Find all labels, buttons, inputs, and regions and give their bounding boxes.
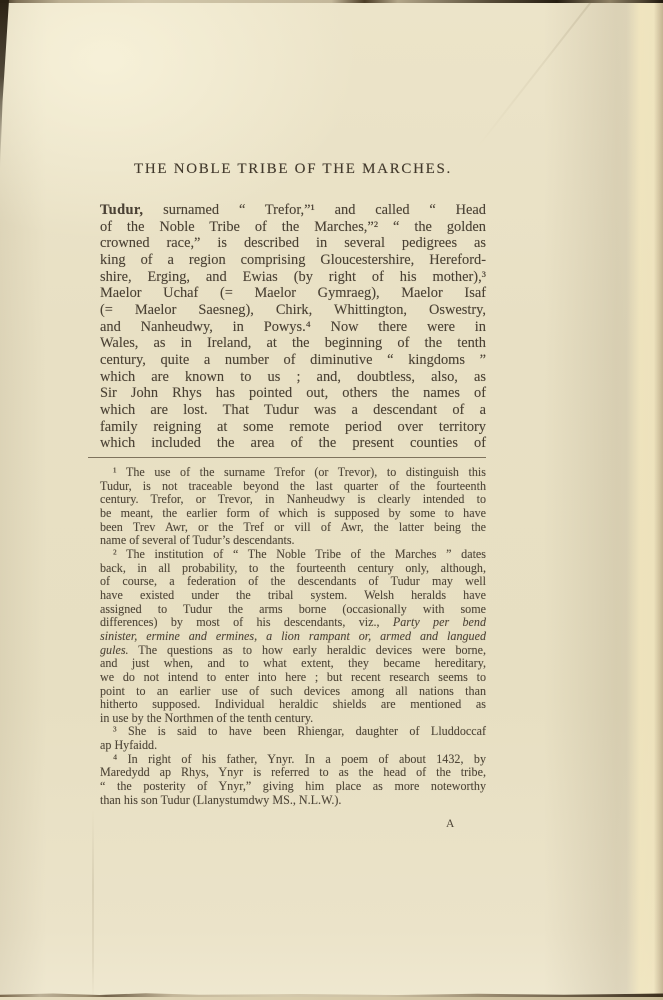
main-paragraph: Tudur, surnamed “ Trefor,”¹ and called “… [100,202,486,452]
text-line: and Nanheudwy, in Powys.⁴ Now there were… [100,319,486,336]
footnote-line: we do not intend to enter into here ; bu… [100,671,486,685]
footnotes-section: ¹ The use of the surname Trefor (or Trev… [100,466,486,807]
footnote-text-roman: The questions as to how early heraldic d… [129,643,486,657]
paragraph-line1-rest: surnamed “ Trefor,”¹ and called “ Head [143,202,486,218]
text-line: Maelor Uchaf (= Maelor Gymraeg), Maelor … [100,285,486,302]
footnote-4: ⁴ In right of his father, Ynyr. In a poe… [100,753,486,808]
footnote-line: ⁴ In right of his father, Ynyr. In a poe… [100,753,486,767]
text-line: shire, Erging, and Ewias (by right of hi… [100,269,486,286]
footnote-line: back, in all probability, to the fourtee… [100,562,486,576]
paper-crease-diagonal [475,0,594,150]
text-line: which are lost. That Tudur was a descend… [100,402,486,419]
footnote-text-roman: differences) by most of his descendants,… [100,615,393,629]
footnote-line: century. Trefor, or Trevor, in Nanheudwy… [100,493,486,507]
footnote-line: differences) by most of his descendants,… [100,616,486,630]
text-line: king of a region comprising Gloucestersh… [100,252,486,269]
text-line: Tudur, surnamed “ Trefor,”¹ and called “… [100,202,486,219]
footnote-2: ² The institution of “ The Noble Tribe o… [100,548,486,726]
footnote-text-italic: Party per bend [393,615,486,629]
footnote-line: have existed under the tribal system. We… [100,589,486,603]
footnote-line: ³ She is said to have been Rhiengar, dau… [100,725,486,739]
signature-mark: A [446,818,454,830]
footnote-line: been Trev Awr, or the Tref or vill of Aw… [100,521,486,535]
footnote-line: and just when, and to what extent, they … [100,657,486,671]
text-line: family reigning at some remote period ov… [100,419,486,436]
footnote-line: ² The institution of “ The Noble Tribe o… [100,548,486,562]
footnote-line: of course, a federation of the descendan… [100,575,486,589]
text-line: Wales, as in Ireland, at the beginning o… [100,335,486,352]
book-page: THE NOBLE TRIBE OF THE MARCHES. Tudur, s… [0,0,663,1000]
text-line: (= Maelor Saesneg), Chirk, Whittington, … [100,302,486,319]
footnote-line: Tudur, is not traceable beyond the last … [100,480,486,494]
page-edge-top [0,0,663,3]
page-edge-left [0,0,9,170]
footnote-line: sinister, ermine and ermines, a lion ram… [100,630,486,644]
footnote-line: than his son Tudur (Llanystumdwy MS., N.… [100,794,486,808]
footnote-line: name of several of Tudur’s descendants. [100,534,486,548]
text-line: which are known to us ; and, doubtless, … [100,369,486,386]
footnote-line: ¹ The use of the surname Trefor (or Trev… [100,466,486,480]
footnote-rule [88,457,486,458]
footnote-line: ap Hyfaidd. [100,739,486,753]
footnote-1: ¹ The use of the surname Trefor (or Trev… [100,466,486,548]
footnote-line: in use by the Northmen of the tenth cent… [100,712,486,726]
footnote-line: “ the posterity of Ynyr,” giving him pla… [100,780,486,794]
text-line: of the Noble Tribe of the Marches,”² “ t… [100,219,486,236]
page-title: THE NOBLE TRIBE OF THE MARCHES. [99,161,487,178]
footnote-line: gules. The questions as to how early her… [100,644,486,658]
footnote-3: ³ She is said to have been Rhiengar, dau… [100,725,486,752]
text-line: crowned race,” is described in several p… [100,235,486,252]
paragraph-lead-word: Tudur, [100,202,143,218]
text-line: Sir John Rhys has pointed out, others th… [100,385,486,402]
footnote-line: assigned to Tudur the arms borne (occasi… [100,603,486,617]
text-line: century, quite a number of diminutive “ … [100,352,486,369]
text-line: which included the area of the present c… [100,435,486,452]
footnote-line: point to an earlier use of such devices … [100,685,486,699]
paper-crease-vertical [92,810,94,1000]
footnote-text-italic: gules. [100,643,129,657]
footnote-line: hitherto supposed. Individual heraldic s… [100,698,486,712]
footnote-line: be meant, the earlier form of which is s… [100,507,486,521]
footnote-line: Maredydd ap Rhys, Ynyr is referred to as… [100,766,486,780]
